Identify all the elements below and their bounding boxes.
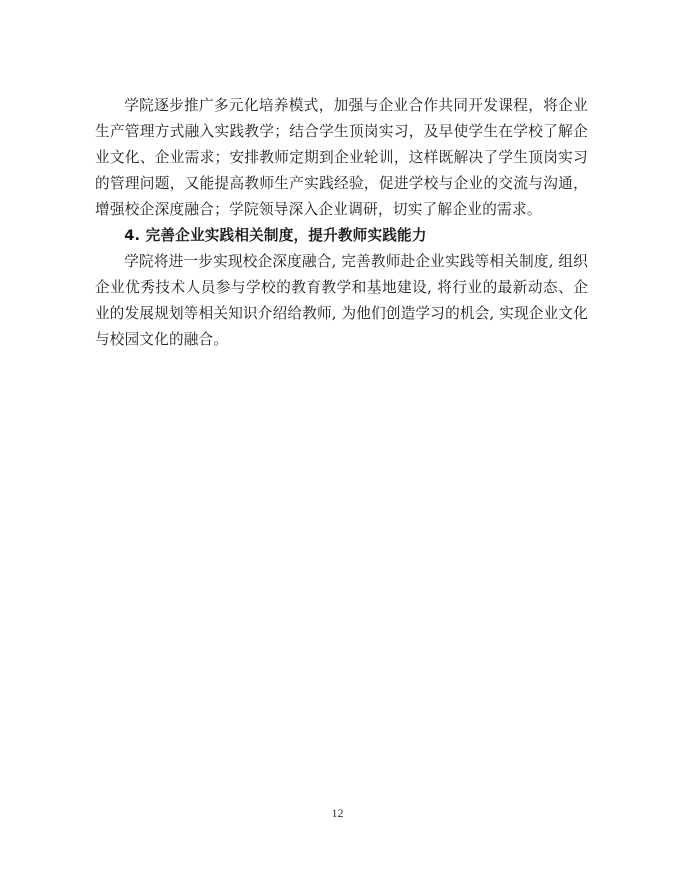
section-heading: 4. 完善企业实践相关制度，提升教师实践能力 [95, 223, 588, 249]
section-paragraph: 学院将进一步实现校企深度融合, 完善教师赴企业实践等相关制度, 组织企业优秀技术… [95, 249, 588, 353]
page-number: 12 [0, 806, 675, 821]
document-page: 学院逐步推广多元化培养模式，加强与企业合作共同开发课程，将企业生产管理方式融入实… [95, 93, 588, 353]
body-paragraph: 学院逐步推广多元化培养模式，加强与企业合作共同开发课程，将企业生产管理方式融入实… [95, 93, 588, 223]
